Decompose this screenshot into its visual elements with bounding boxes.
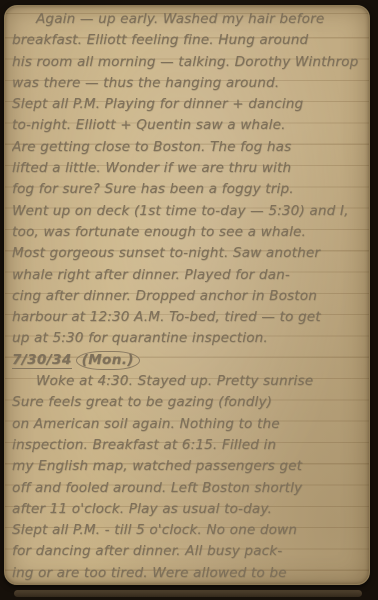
diary-line: on American soil again. Nothing to the	[12, 414, 368, 435]
diary-line: Most gorgeous sunset to-night. Saw anoth…	[12, 243, 368, 264]
diary-line: Slept all P.M. - till 5 o'clock. No one …	[12, 520, 368, 541]
diary-line: up at 5:30 for quarantine inspection.	[12, 328, 368, 349]
diary-line: Sure feels great to be gazing (fondly)	[12, 392, 368, 413]
diary-line: to-night. Elliott + Quentin saw a whale.	[12, 115, 368, 136]
photo-of-diary: Again — up early. Washed my hair beforeb…	[0, 0, 378, 600]
diary-line: Woke at 4:30. Stayed up. Pretty sunrise	[12, 371, 368, 392]
diary-line: cing after dinner. Dropped anchor in Bos…	[12, 286, 368, 307]
diary-line: was there — thus the hanging around.	[12, 73, 368, 94]
diary-page: Again — up early. Washed my hair beforeb…	[4, 5, 370, 585]
diary-line: my English map, watched passengers get	[12, 456, 368, 477]
diary-line: breakfast. Elliott feeling fine. Hung ar…	[12, 30, 368, 51]
diary-line: inspection. Breakfast at 6:15. Filled in	[12, 435, 368, 456]
diary-line: off and fooled around. Left Boston short…	[12, 478, 368, 499]
diary-line: lifted a little. Wonder if we are thru w…	[12, 158, 368, 179]
diary-line: Went up on deck (1st time to-day — 5:30)…	[12, 201, 368, 222]
diary-line: whale right after dinner. Played for dan…	[12, 265, 368, 286]
diary-line: Again — up early. Washed my hair before	[12, 9, 368, 30]
diary-line: harbour at 12:30 A.M. To-bed, tired — to…	[12, 307, 368, 328]
diary-line: ing or are too tired. Were allowed to be	[12, 563, 368, 584]
diary-line: fog for sure? Sure has been a foggy trip…	[12, 179, 368, 200]
diary-line: Slept all P.M. Playing for dinner + danc…	[12, 94, 368, 115]
diary-line: for dancing after dinner. All busy pack-	[12, 541, 368, 562]
diary-line: too, was fortunate enough to see a whale…	[12, 222, 368, 243]
entry-weekday: (Mon.)	[76, 351, 140, 370]
diary-line: Are getting close to Boston. The fog has	[12, 137, 368, 158]
entry-date: 7/30/34	[12, 352, 72, 369]
diary-line: after 11 o'clock. Play as usual to-day.	[12, 499, 368, 520]
diary-line: his room all morning — talking. Dorothy …	[12, 52, 368, 73]
page-stack-edge	[14, 590, 362, 597]
entry-date-line: 7/30/34(Mon.)	[12, 350, 368, 371]
diary-text: Again — up early. Washed my hair beforeb…	[12, 9, 368, 584]
